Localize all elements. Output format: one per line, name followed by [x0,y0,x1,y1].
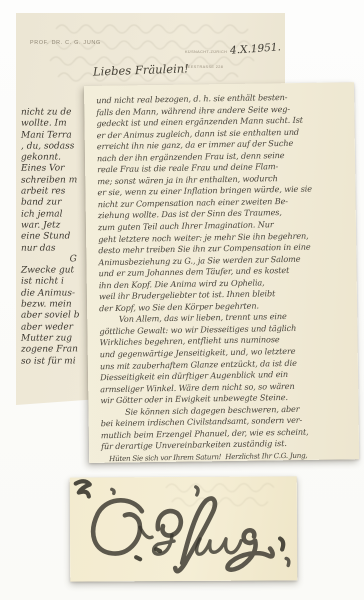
letter-page-2: und nicht real bezogen, d. h. sie enthäl… [84,82,359,463]
photo-background: Prof. Dr. C. G. Jung KÜSNACHT-ZÜRICH SEE… [0,0,364,600]
page2-handwriting: und nicht real bezogen, d. h. sie enthäl… [96,91,353,464]
signature-jung-icon [70,476,298,581]
letterhead-name: Prof. Dr. C. G. Jung [30,40,101,46]
letterhead-city: KÜSNACHT-ZÜRICH [185,50,227,55]
signature-closeup: C. G. Jung, [70,476,298,581]
letterhead-address: KÜSNACHT-ZÜRICH SEESTRASSE 228 [185,40,227,80]
letterhead-street: SEESTRASSE 228 [185,65,227,70]
